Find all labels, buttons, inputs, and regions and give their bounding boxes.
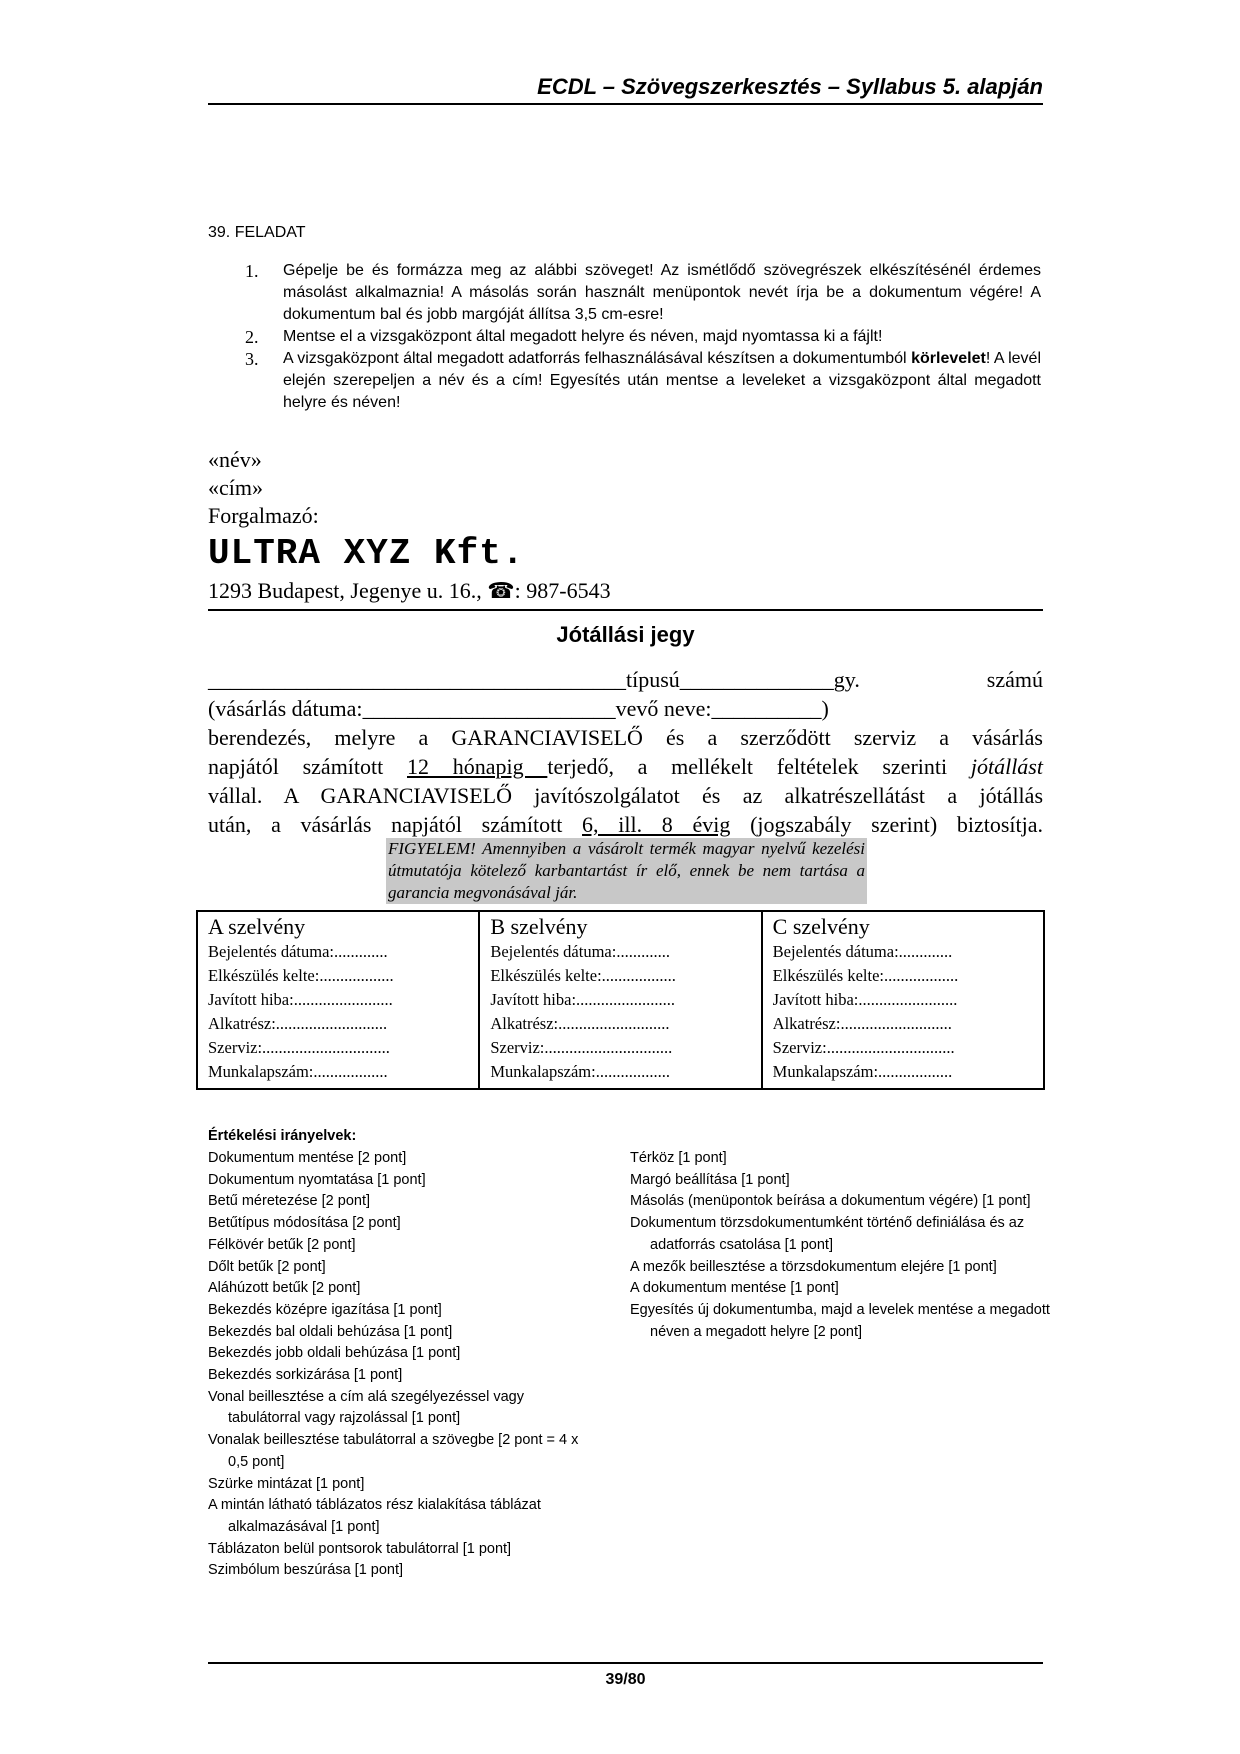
coupon-field: Bejelentés dátuma:............. — [490, 940, 750, 964]
italic-text: jótállást — [971, 754, 1043, 779]
evaluation-list-right: Térköz [1 pont] Margó beállítása [1 pont… — [630, 1148, 1050, 1343]
warranty-line: ______________________________________tí… — [208, 665, 1043, 694]
evaluation-item: Szimbólum beszúrása [1 pont] — [208, 1560, 588, 1582]
coupon-field: Javított hiba:........................ — [208, 988, 468, 1012]
evaluation-item: Bekezdés középre igazítása [1 pont] — [208, 1300, 588, 1322]
address-text: 1293 Budapest, Jegenye u. 16., — [208, 578, 487, 603]
warranty-line: napjától számított 12 hónapig terjedő, a… — [208, 752, 1043, 781]
evaluation-item: Margó beállítása [1 pont] — [630, 1170, 1050, 1192]
coupon-field: Alkatrész:........................... — [773, 1012, 1033, 1036]
underlined-text: 6, ill. 8 évig — [582, 812, 730, 837]
task-item: 1. Gépelje be és formázza meg az alábbi … — [245, 260, 1041, 326]
evaluation-item: Dokumentum nyomtatása [1 pont] — [208, 1170, 588, 1192]
coupon-a: A szelvény Bejelentés dátuma:...........… — [197, 911, 479, 1089]
task-item-number: 1. — [245, 260, 259, 282]
task-item-text: A vizsgaközpont által megadott adatforrá… — [283, 350, 911, 367]
evaluation-item: Bekezdés jobb oldali behúzása [1 pont] — [208, 1343, 588, 1365]
task-item-number: 3. — [245, 348, 259, 370]
task-item: 2. Mentse el a vizsgaközpont által megad… — [245, 326, 1041, 348]
underlined-text: 12 hónapig — [407, 754, 547, 779]
evaluation-item: Betű méretezése [2 pont] — [208, 1191, 588, 1213]
coupon-field: Alkatrész:........................... — [208, 1012, 468, 1036]
merge-field-address: «cím» — [208, 475, 263, 501]
blank-field: ______________________________________ — [208, 667, 626, 692]
evaluation-item: Térköz [1 pont] — [630, 1148, 1050, 1170]
evaluation-item: Dőlt betűk [2 pont] — [208, 1257, 588, 1279]
evaluation-title: Értékelési irányelvek: — [208, 1128, 356, 1144]
evaluation-item: A mintán látható táblázatos rész kialakí… — [208, 1495, 588, 1538]
text: (jogszabály szerint) biztosítja. — [730, 812, 1043, 837]
company-name: ULTRA XYZ Kft. — [208, 533, 524, 574]
page-header-title: ECDL – Szövegszerkesztés – Syllabus 5. a… — [208, 74, 1043, 100]
evaluation-item: Táblázaton belül pontsorok tabulátorral … — [208, 1539, 588, 1561]
coupon-field: Szerviz:............................... — [208, 1036, 468, 1060]
task-item-number: 2. — [245, 326, 259, 348]
coupon-field: Bejelentés dátuma:............. — [208, 940, 468, 964]
coupon-field: Elkészülés kelte:.................. — [773, 964, 1033, 988]
warranty-line: után, a vásárlás napjától számított 6, i… — [208, 810, 1043, 839]
text: után, a vásárlás napjától számított — [208, 812, 582, 837]
evaluation-item: Félkövér betűk [2 pont] — [208, 1235, 588, 1257]
coupon-field: Szerviz:............................... — [490, 1036, 750, 1060]
distributor-label: Forgalmazó: — [208, 503, 319, 529]
coupon-field: Alkatrész:........................... — [490, 1012, 750, 1036]
paren-close: ) — [821, 696, 828, 721]
evaluation-item: A dokumentum mentése [1 pont] — [630, 1278, 1050, 1300]
coupon-field: Elkészülés kelte:.................. — [208, 964, 468, 988]
footer-rule — [208, 1662, 1043, 1664]
evaluation-list-left: Dokumentum mentése [2 pont] Dokumentum n… — [208, 1148, 588, 1582]
evaluation-item: Szürke mintázat [1 pont] — [208, 1474, 588, 1496]
coupon-b: B szelvény Bejelentés dátuma:...........… — [479, 911, 761, 1089]
coupon-title: B szelvény — [490, 914, 750, 940]
evaluation-item: Betűtípus módosítása [2 pont] — [208, 1213, 588, 1235]
text: napjától számított — [208, 754, 407, 779]
evaluation-item: Dokumentum mentése [2 pont] — [208, 1148, 588, 1170]
coupon-title: A szelvény — [208, 914, 468, 940]
header-rule — [208, 103, 1043, 105]
evaluation-item: Vonal beillesztése a cím alá szegélyezés… — [208, 1387, 588, 1430]
evaluation-item: Vonalak beillesztése tabulátorral a szöv… — [208, 1430, 588, 1473]
evaluation-item: Aláhúzott betűk [2 pont] — [208, 1278, 588, 1300]
purchase-date-label: (vásárlás dátuma: — [208, 696, 363, 721]
address-rule — [208, 609, 1043, 611]
coupon-title: C szelvény — [773, 914, 1033, 940]
coupon-field: Bejelentés dátuma:............. — [773, 940, 1033, 964]
warning-notice: FIGYELEM! Amennyiben a vásárolt termék m… — [386, 838, 867, 904]
warranty-line: (vásárlás dátuma:_______________________… — [208, 694, 1043, 723]
buyer-name-label: vevő neve: — [616, 696, 712, 721]
warranty-line: berendezés, melyre a GARANCIAVISELŐ és a… — [208, 723, 1043, 752]
task-item-bold: körlevelet — [911, 350, 986, 367]
evaluation-item: A mezők beillesztése a törzsdokumentum e… — [630, 1257, 1050, 1279]
evaluation-item: Bekezdés bal oldali behúzása [1 pont] — [208, 1322, 588, 1344]
blank-field: _______________________ — [363, 696, 616, 721]
task-item: 3. A vizsgaközpont által megadott adatfo… — [245, 348, 1041, 414]
task-item-text: Gépelje be és formázza meg az alábbi szö… — [283, 262, 1041, 323]
coupon-field: Javított hiba:........................ — [773, 988, 1033, 1012]
blank-field: ______________ — [680, 667, 834, 692]
coupon-field: Munkalapszám:.................. — [490, 1060, 750, 1084]
coupon-field: Szerviz:............................... — [773, 1036, 1033, 1060]
type-label: típusú — [626, 667, 680, 692]
task-title: 39. FELADAT — [208, 224, 306, 242]
blank-field: __________ — [711, 696, 821, 721]
text: terjedő, a mellékelt feltételek szerinti — [547, 754, 971, 779]
warranty-line: vállal. A GARANCIAVISELŐ javítószolgálat… — [208, 781, 1043, 810]
telephone-icon: ☎ — [487, 578, 514, 603]
coupon-table: A szelvény Bejelentés dátuma:...........… — [196, 910, 1045, 1090]
merge-field-name: «név» — [208, 447, 262, 473]
phone-number: : 987-6543 — [515, 578, 611, 603]
coupon-c: C szelvény Bejelentés dátuma:...........… — [762, 911, 1044, 1089]
evaluation-item: Másolás (menüpontok beírása a dokumentum… — [630, 1191, 1050, 1213]
evaluation-item: Egyesítés új dokumentumba, majd a levele… — [630, 1300, 1050, 1343]
page-number: 39/80 — [208, 1671, 1043, 1689]
warranty-title: Jótállási jegy — [208, 622, 1043, 648]
warranty-body: ______________________________________tí… — [208, 665, 1043, 839]
task-list: 1. Gépelje be és formázza meg az alábbi … — [245, 260, 1041, 414]
evaluation-item: Dokumentum törzsdokumentumként történő d… — [630, 1213, 1050, 1256]
coupon-field: Elkészülés kelte:.................. — [490, 964, 750, 988]
evaluation-item: Bekezdés sorkizárása [1 pont] — [208, 1365, 588, 1387]
coupon-field: Munkalapszám:.................. — [773, 1060, 1033, 1084]
number-label: gy. számú — [834, 667, 1043, 692]
coupon-field: Munkalapszám:.................. — [208, 1060, 468, 1084]
company-address: 1293 Budapest, Jegenye u. 16., ☎: 987-65… — [208, 578, 611, 604]
task-item-text: Mentse el a vizsgaközpont által megadott… — [283, 328, 882, 345]
coupon-field: Javított hiba:........................ — [490, 988, 750, 1012]
